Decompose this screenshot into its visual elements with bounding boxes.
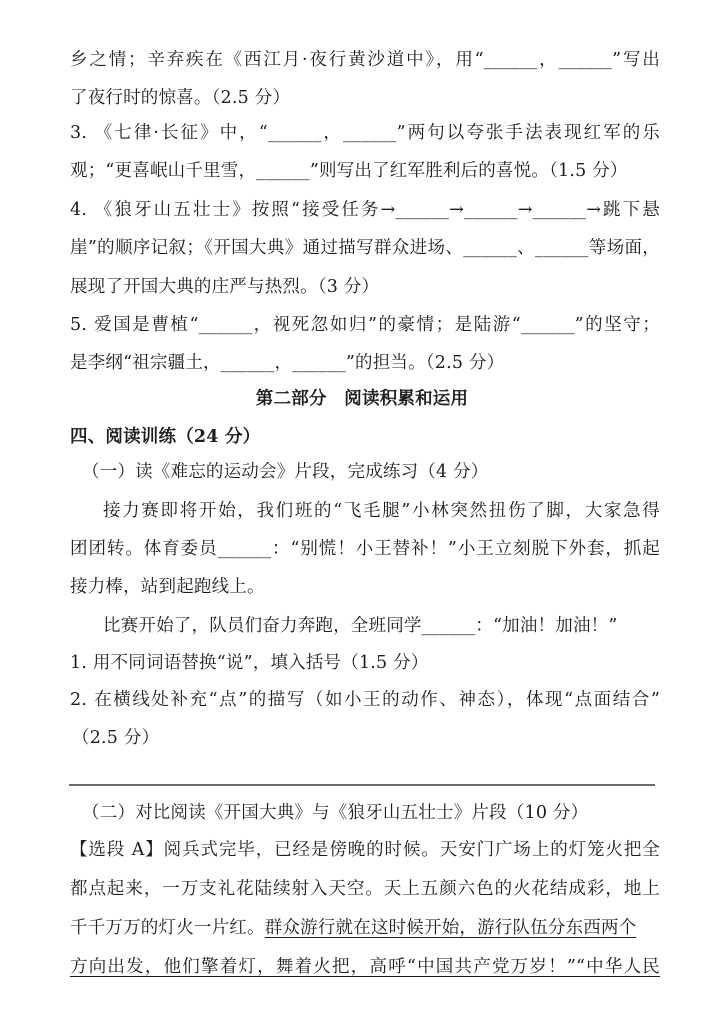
question-3-line: 3. 《七律·长征》中，“______，______”两句以夸张手法表现红军的乐: [70, 121, 660, 145]
passage-a-line: 千千万万的灯火一片红。群众游行就在这时候开始，游行队伍分东西两个: [70, 916, 660, 940]
text-line: 展现了开国大典的庄严与热烈。（3 分）: [70, 275, 660, 299]
passage-line: 接力赛即将开始，我们班的“飞毛腿”小林突然扭伤了脚，大家急得: [103, 499, 660, 523]
underlined-text: 群众游行就在这时候开始，游行队伍分东西两个: [265, 918, 637, 938]
passage-line: 团团转。体育委员______：“别慌！小王替补！”小王立刻脱下外套，抓起: [70, 537, 660, 561]
answer-line[interactable]: [69, 784, 655, 786]
question-2-line: 2. 在横线处补充“点”的描写（如小王的动作、神态），体现“点面结合”: [70, 688, 660, 712]
subsection-1-title: （一）读《难忘的运动会》片段，完成练习（4 分）: [82, 460, 672, 484]
question-4-line: 4. 《狼牙山五壮士》按照“接受任务→______→______→______→…: [70, 198, 660, 222]
section-4-title: 四、阅读训练（24 分）: [70, 425, 660, 449]
text-line: 崖”的顺序记叙；《开国大典》通过描写群众进场、______、______等场面，: [70, 236, 660, 260]
passage-a-line: 都点起来，一万支礼花陆续射入天空。天上五颜六色的火花结成彩，地上: [70, 877, 660, 901]
passage-line: 比赛开始了，队员们奋力奔跑，全班同学______：“加油！加油！”: [103, 614, 660, 638]
text-line: 乡之情；辛弃疾在《西江月·夜行黄沙道中》，用“______，______”写出: [70, 48, 660, 72]
underlined-text: 方向出发，他们擎着灯，舞着火把，高呼“中国共产党万岁！”“中华人民: [70, 955, 660, 979]
subsection-2-title: （二）对比阅读《开国大典》与《狼牙山五壮士》片段（10 分）: [82, 801, 672, 825]
question-2-score: （2.5 分）: [72, 726, 662, 750]
question-5-line: 5. 爱国是曹植“______，视死忽如归”的豪情；是陆游“______”的坚守…: [70, 313, 660, 337]
passage-a-line: 【选段 A】阅兵式完毕，已经是傍晚的时候。天安门广场上的灯笼火把全: [70, 838, 660, 862]
text-line: 是李纲“祖宗疆土，______，______”的担当。（2.5 分）: [70, 351, 660, 375]
plain-text: 千千万万的灯火一片红。: [70, 918, 265, 938]
text-line: 观；“更喜岷山千里雪，______”则写出了红军胜利后的喜悦。（1.5 分）: [70, 159, 660, 183]
text-line: 了夜行时的惊喜。（2.5 分）: [70, 86, 660, 110]
exam-page: 乡之情；辛弃疾在《西江月·夜行黄沙道中》，用“______，______”写出 …: [0, 0, 724, 1024]
part-2-title: 第二部分 阅读积累和运用: [0, 387, 724, 411]
question-1-line: 1. 用不同词语替换“说”，填入括号（1.5 分）: [70, 651, 660, 675]
passage-line: 接力棒，站到起跑线上。: [70, 575, 660, 599]
